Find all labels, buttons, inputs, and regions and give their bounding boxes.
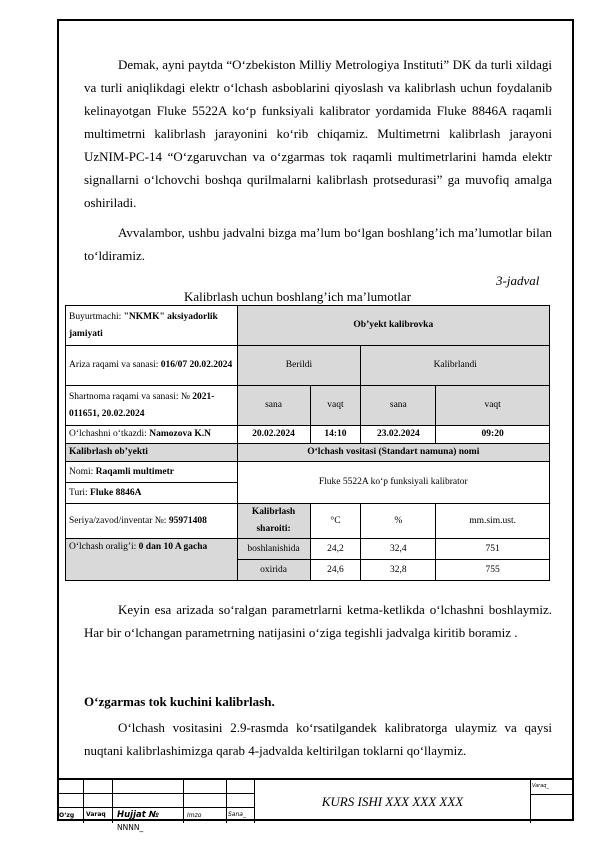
calibrated-header: Kalibrlandi — [361, 346, 550, 386]
row-label: oxirida — [237, 560, 310, 581]
paragraph-intro: Demak, ayni paytda “O‘zbekiston Milliy M… — [84, 53, 552, 214]
row-pressure: 755 — [436, 560, 550, 581]
table-number: 3-jadval — [496, 273, 539, 289]
row-temp: 24,2 — [310, 539, 361, 560]
col-cal-time: vaqt — [436, 386, 550, 426]
paragraph-connect: O‘lchash vositasini 2.9-rasmda ko‘rsatil… — [84, 716, 552, 762]
type-cell: Turi: Fluke 8846A — [66, 483, 238, 504]
object-header: Ob’yekt kalibrovka — [237, 306, 549, 346]
given-time: 14:10 — [310, 426, 361, 444]
calibration-table: Buyurtmachi: "NKMK" aksiyadorlik jamiyat… — [65, 305, 550, 581]
row-humidity: 32,8 — [361, 560, 436, 581]
row-pressure: 751 — [436, 539, 550, 560]
unit-pressure: mm.sim.ust. — [436, 504, 550, 539]
unit-humidity: % — [361, 504, 436, 539]
col-varaq: Varaq — [86, 811, 106, 818]
row-humidity: 32,4 — [361, 539, 436, 560]
title-block: O‘zg Varaq Hujjat № Imzo Sana_ KURS ISHI… — [57, 778, 574, 823]
col-ozg: O‘zg — [59, 812, 74, 819]
unit-temp: °C — [310, 504, 361, 539]
object-label: Kalibrlash ob’yekti — [66, 444, 238, 462]
row-temp: 24,6 — [310, 560, 361, 581]
section-heading: O‘zgarmas tok kuchini kalibrlash. — [84, 694, 275, 710]
instrument-header: O‘lchash vositasi (Standart namuna) nomi — [237, 444, 549, 462]
col-given-time: vaqt — [310, 386, 361, 426]
operator-cell: O‘lchashni o‘tkazdi: Namozova K.N — [66, 426, 238, 444]
contract-cell: Shartnoma raqami va sanasi: № 2021-01165… — [66, 386, 238, 426]
paragraph-fill-table: Avvalambor, ushbu jadvalni bizga ma’lum … — [84, 221, 552, 267]
paragraph-measure: Keyin esa arizada so‘ralgan parametrlarn… — [84, 598, 552, 644]
calibrated-date: 23.02.2024 — [361, 426, 436, 444]
col-hujjat: Hujjat № — [117, 810, 159, 820]
conditions-label: Kalibrlash sharoiti: — [237, 504, 310, 539]
col-given-date: sana — [237, 386, 310, 426]
instrument-value: Fluke 5522A ko‘p funksiyali kalibrator — [237, 462, 549, 504]
given-date: 20.02.2024 — [237, 426, 310, 444]
footer-code: NNNN_ — [117, 823, 143, 832]
col-imzo: Imzo — [187, 812, 201, 819]
sheet-label: Varaq_ — [532, 783, 549, 789]
document-title: KURS ISHI XXX XXX XXX — [255, 780, 530, 823]
col-cal-date: sana — [361, 386, 436, 426]
row-label: boshlanishida — [237, 539, 310, 560]
table-caption: Kalibrlash uchun boshlang’ich ma’lumotla… — [0, 289, 595, 305]
serial-cell: Seriya/zavod/inventar №: 95971408 — [66, 504, 238, 539]
name-cell: Nomi: Raqamli multimetr — [66, 462, 238, 483]
request-cell: Ariza raqami va sanasi: 016/07 20.02.202… — [66, 346, 238, 386]
given-header: Berildi — [237, 346, 361, 386]
customer-cell: Buyurtmachi: "NKMK" aksiyadorlik jamiyat… — [66, 306, 238, 346]
range-cell: O‘lchash oralig’i: 0 dan 10 A gacha — [66, 539, 238, 581]
col-sana: Sana_ — [228, 811, 246, 818]
calibrated-time: 09:20 — [436, 426, 550, 444]
